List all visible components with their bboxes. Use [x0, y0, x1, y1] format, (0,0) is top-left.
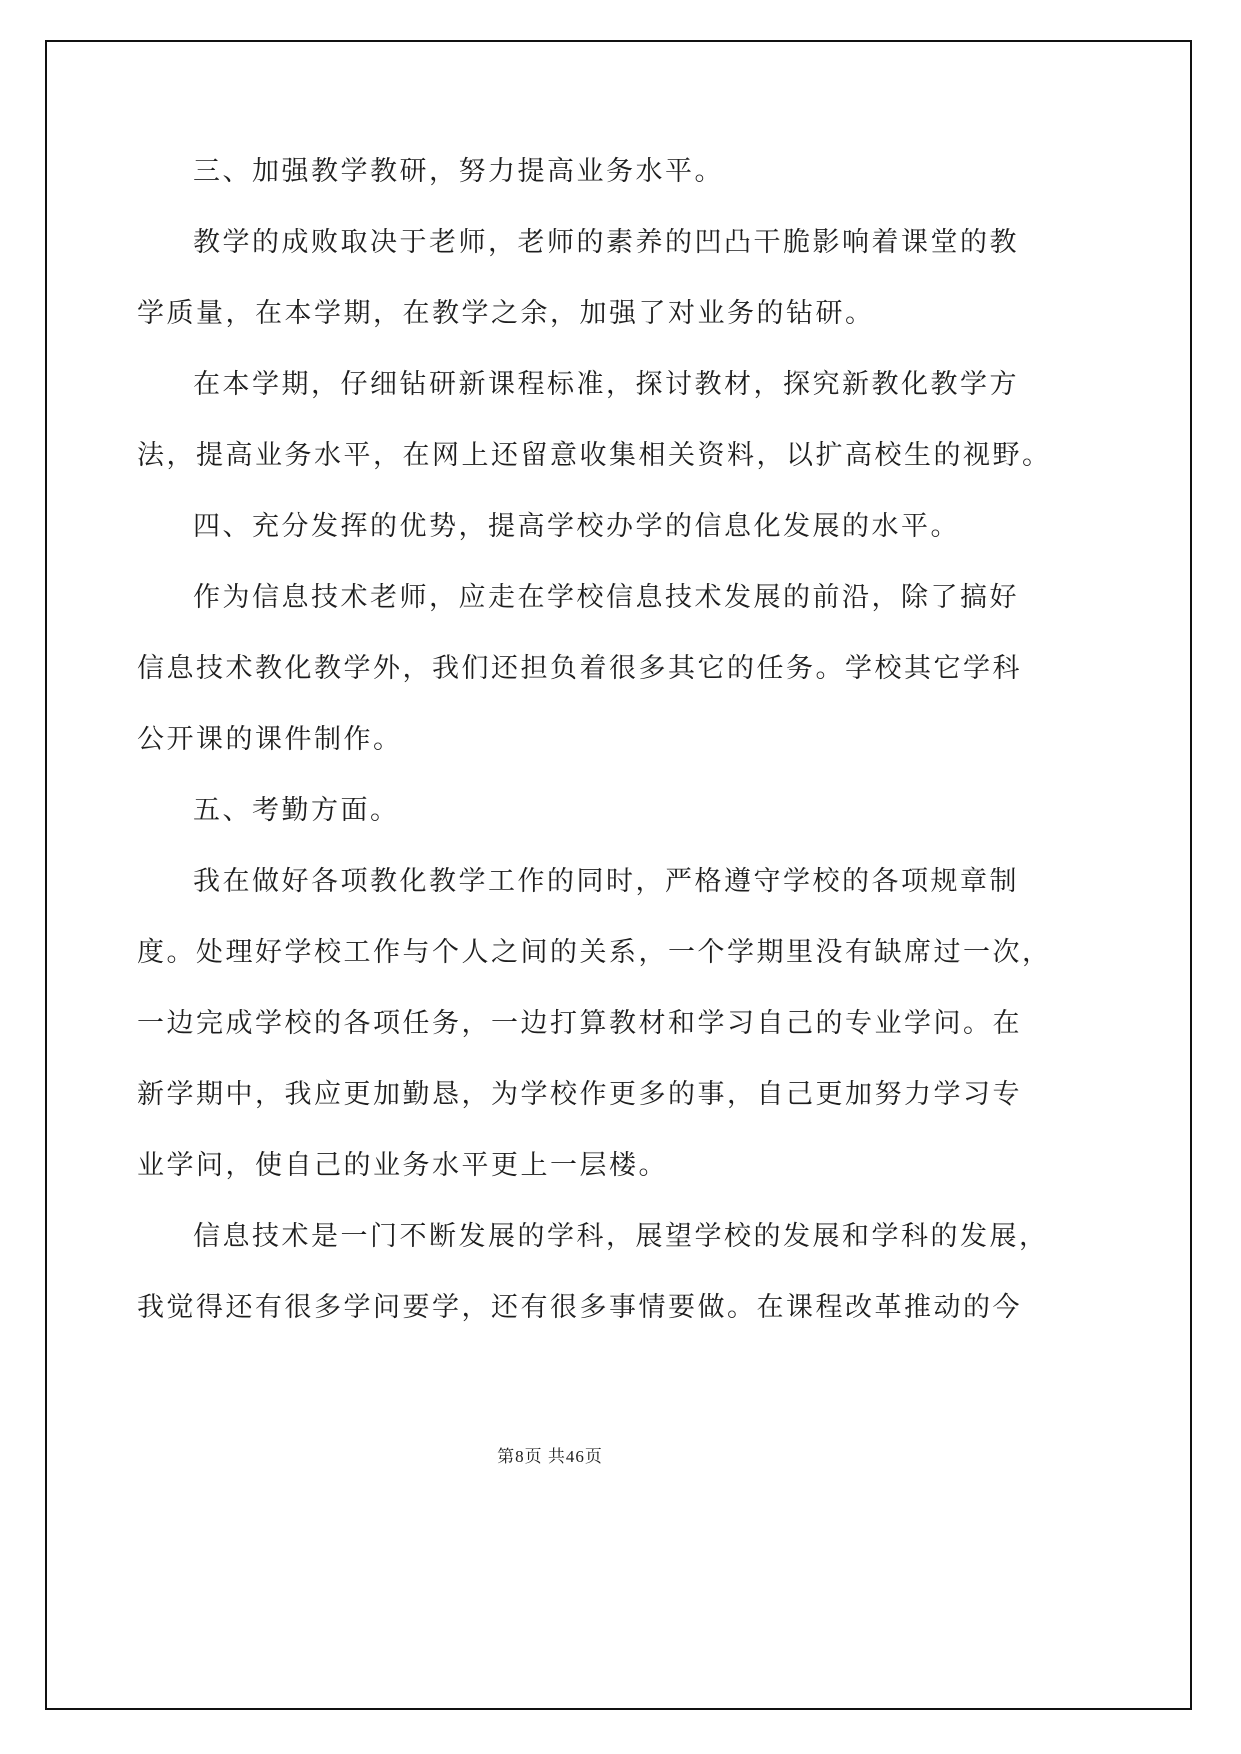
text-line: 教学的成败取决于老师，老师的素养的凹凸干脆影响着课堂的教 — [137, 207, 1122, 278]
text-line: 信息技术教化教学外，我们还担负着很多其它的任务。学校其它学科 — [137, 633, 1122, 704]
document-page: 三、加强教学教研，努力提高业务水平。教学的成败取决于老师，老师的素养的凹凸干脆影… — [0, 0, 1241, 1754]
text-line: 业学问，使自己的业务水平更上一层楼。 — [137, 1130, 1122, 1201]
text-line: 在本学期，仔细钻研新课程标准，探讨教材，探究新教化教学方 — [137, 349, 1122, 420]
text-line: 度。处理好学校工作与个人之间的关系，一个学期里没有缺席过一次， — [137, 917, 1122, 988]
text-line: 五、考勤方面。 — [137, 775, 1122, 846]
text-line: 学质量，在本学期，在教学之余，加强了对业务的钻研。 — [137, 278, 1122, 349]
text-line: 我在做好各项教化教学工作的同时，严格遵守学校的各项规章制 — [137, 846, 1122, 917]
page-number-footer: 第8页 共46页 — [497, 1442, 603, 1467]
text-line: 作为信息技术老师，应走在学校信息技术发展的前沿，除了搞好 — [137, 562, 1122, 633]
text-line: 一边完成学校的各项任务，一边打算教材和学习自己的专业学问。在 — [137, 988, 1122, 1059]
text-line: 公开课的课件制作。 — [137, 704, 1122, 775]
text-line: 法，提高业务水平，在网上还留意收集相关资料，以扩高校生的视野。 — [137, 420, 1122, 491]
text-line: 新学期中，我应更加勤恳，为学校作更多的事，自己更加努力学习专 — [137, 1059, 1122, 1130]
text-line: 我觉得还有很多学问要学，还有很多事情要做。在课程改革推动的今 — [137, 1272, 1122, 1343]
document-body: 三、加强教学教研，努力提高业务水平。教学的成败取决于老师，老师的素养的凹凸干脆影… — [137, 136, 1122, 1343]
text-line: 三、加强教学教研，努力提高业务水平。 — [137, 136, 1122, 207]
text-line: 四、充分发挥的优势，提高学校办学的信息化发展的水平。 — [137, 491, 1122, 562]
text-line: 信息技术是一门不断发展的学科，展望学校的发展和学科的发展， — [137, 1201, 1122, 1272]
